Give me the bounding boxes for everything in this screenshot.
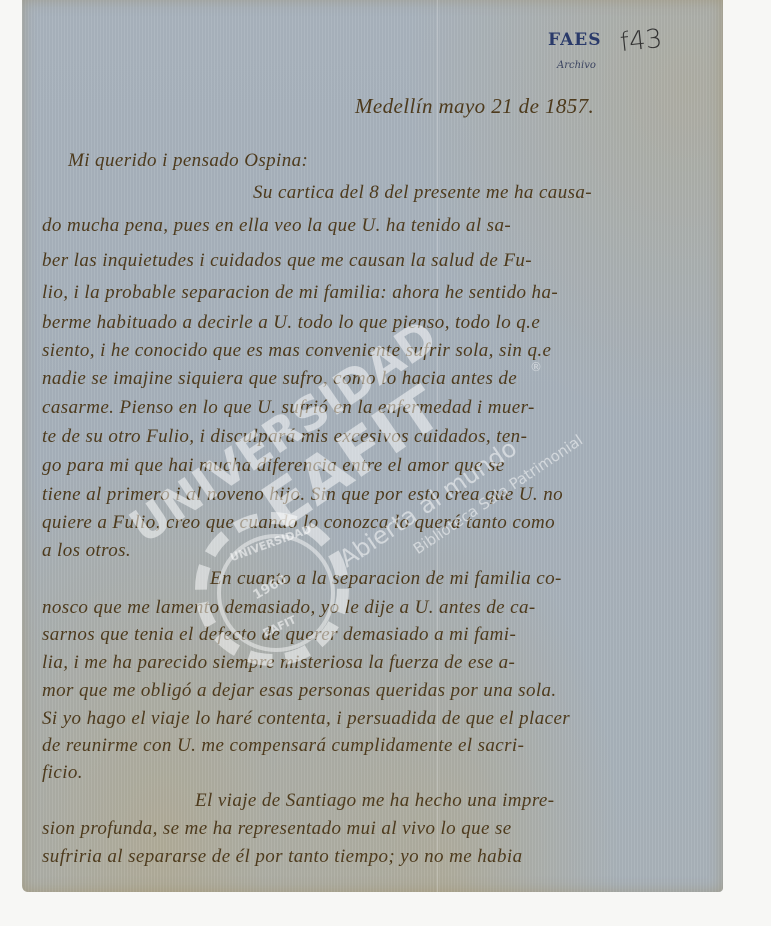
letter-line: nadie se imajine siquiera que sufro, com… — [42, 368, 517, 390]
letter-line: sion profunda, se me ha representado mui… — [42, 818, 512, 840]
letter-line: El viaje de Santiago me ha hecho una imp… — [195, 790, 554, 812]
letter-line: a los otros. — [42, 540, 131, 562]
folio-number: f43 — [619, 24, 664, 58]
letter-line: mor que me obligó a dejar esas personas … — [42, 680, 557, 702]
letter-salutation: Mi querido i pensado Ospina: — [68, 150, 308, 172]
letter-line: ficio. — [42, 762, 83, 784]
letter-line: lio, i la probable separacion de mi fami… — [42, 282, 558, 304]
watermark-registered: ® — [530, 360, 542, 374]
letter-place-date: Medellín mayo 21 de 1857. — [355, 94, 594, 119]
archive-stamp-sublabel: Archivo — [557, 60, 596, 71]
archive-stamp-label: FAES — [548, 30, 602, 50]
letter-line: Su cartica del 8 del presente me ha caus… — [253, 182, 592, 204]
letter-line: ber las inquietudes i cuidados que me ca… — [42, 250, 532, 272]
letter-line: Si yo hago el viaje lo haré contenta, i … — [42, 708, 570, 730]
letter-line: berme habituado a decirle a U. todo lo q… — [42, 312, 540, 334]
letter-line: do mucha pena, pues en ella veo la que U… — [42, 215, 511, 237]
letter-line: siento, i he conocido que es mas conveni… — [42, 340, 551, 362]
letter-line: de reunirme con U. me compensará cumplid… — [42, 735, 524, 757]
letter-line: sufriria al separarse de él por tanto ti… — [42, 846, 523, 868]
